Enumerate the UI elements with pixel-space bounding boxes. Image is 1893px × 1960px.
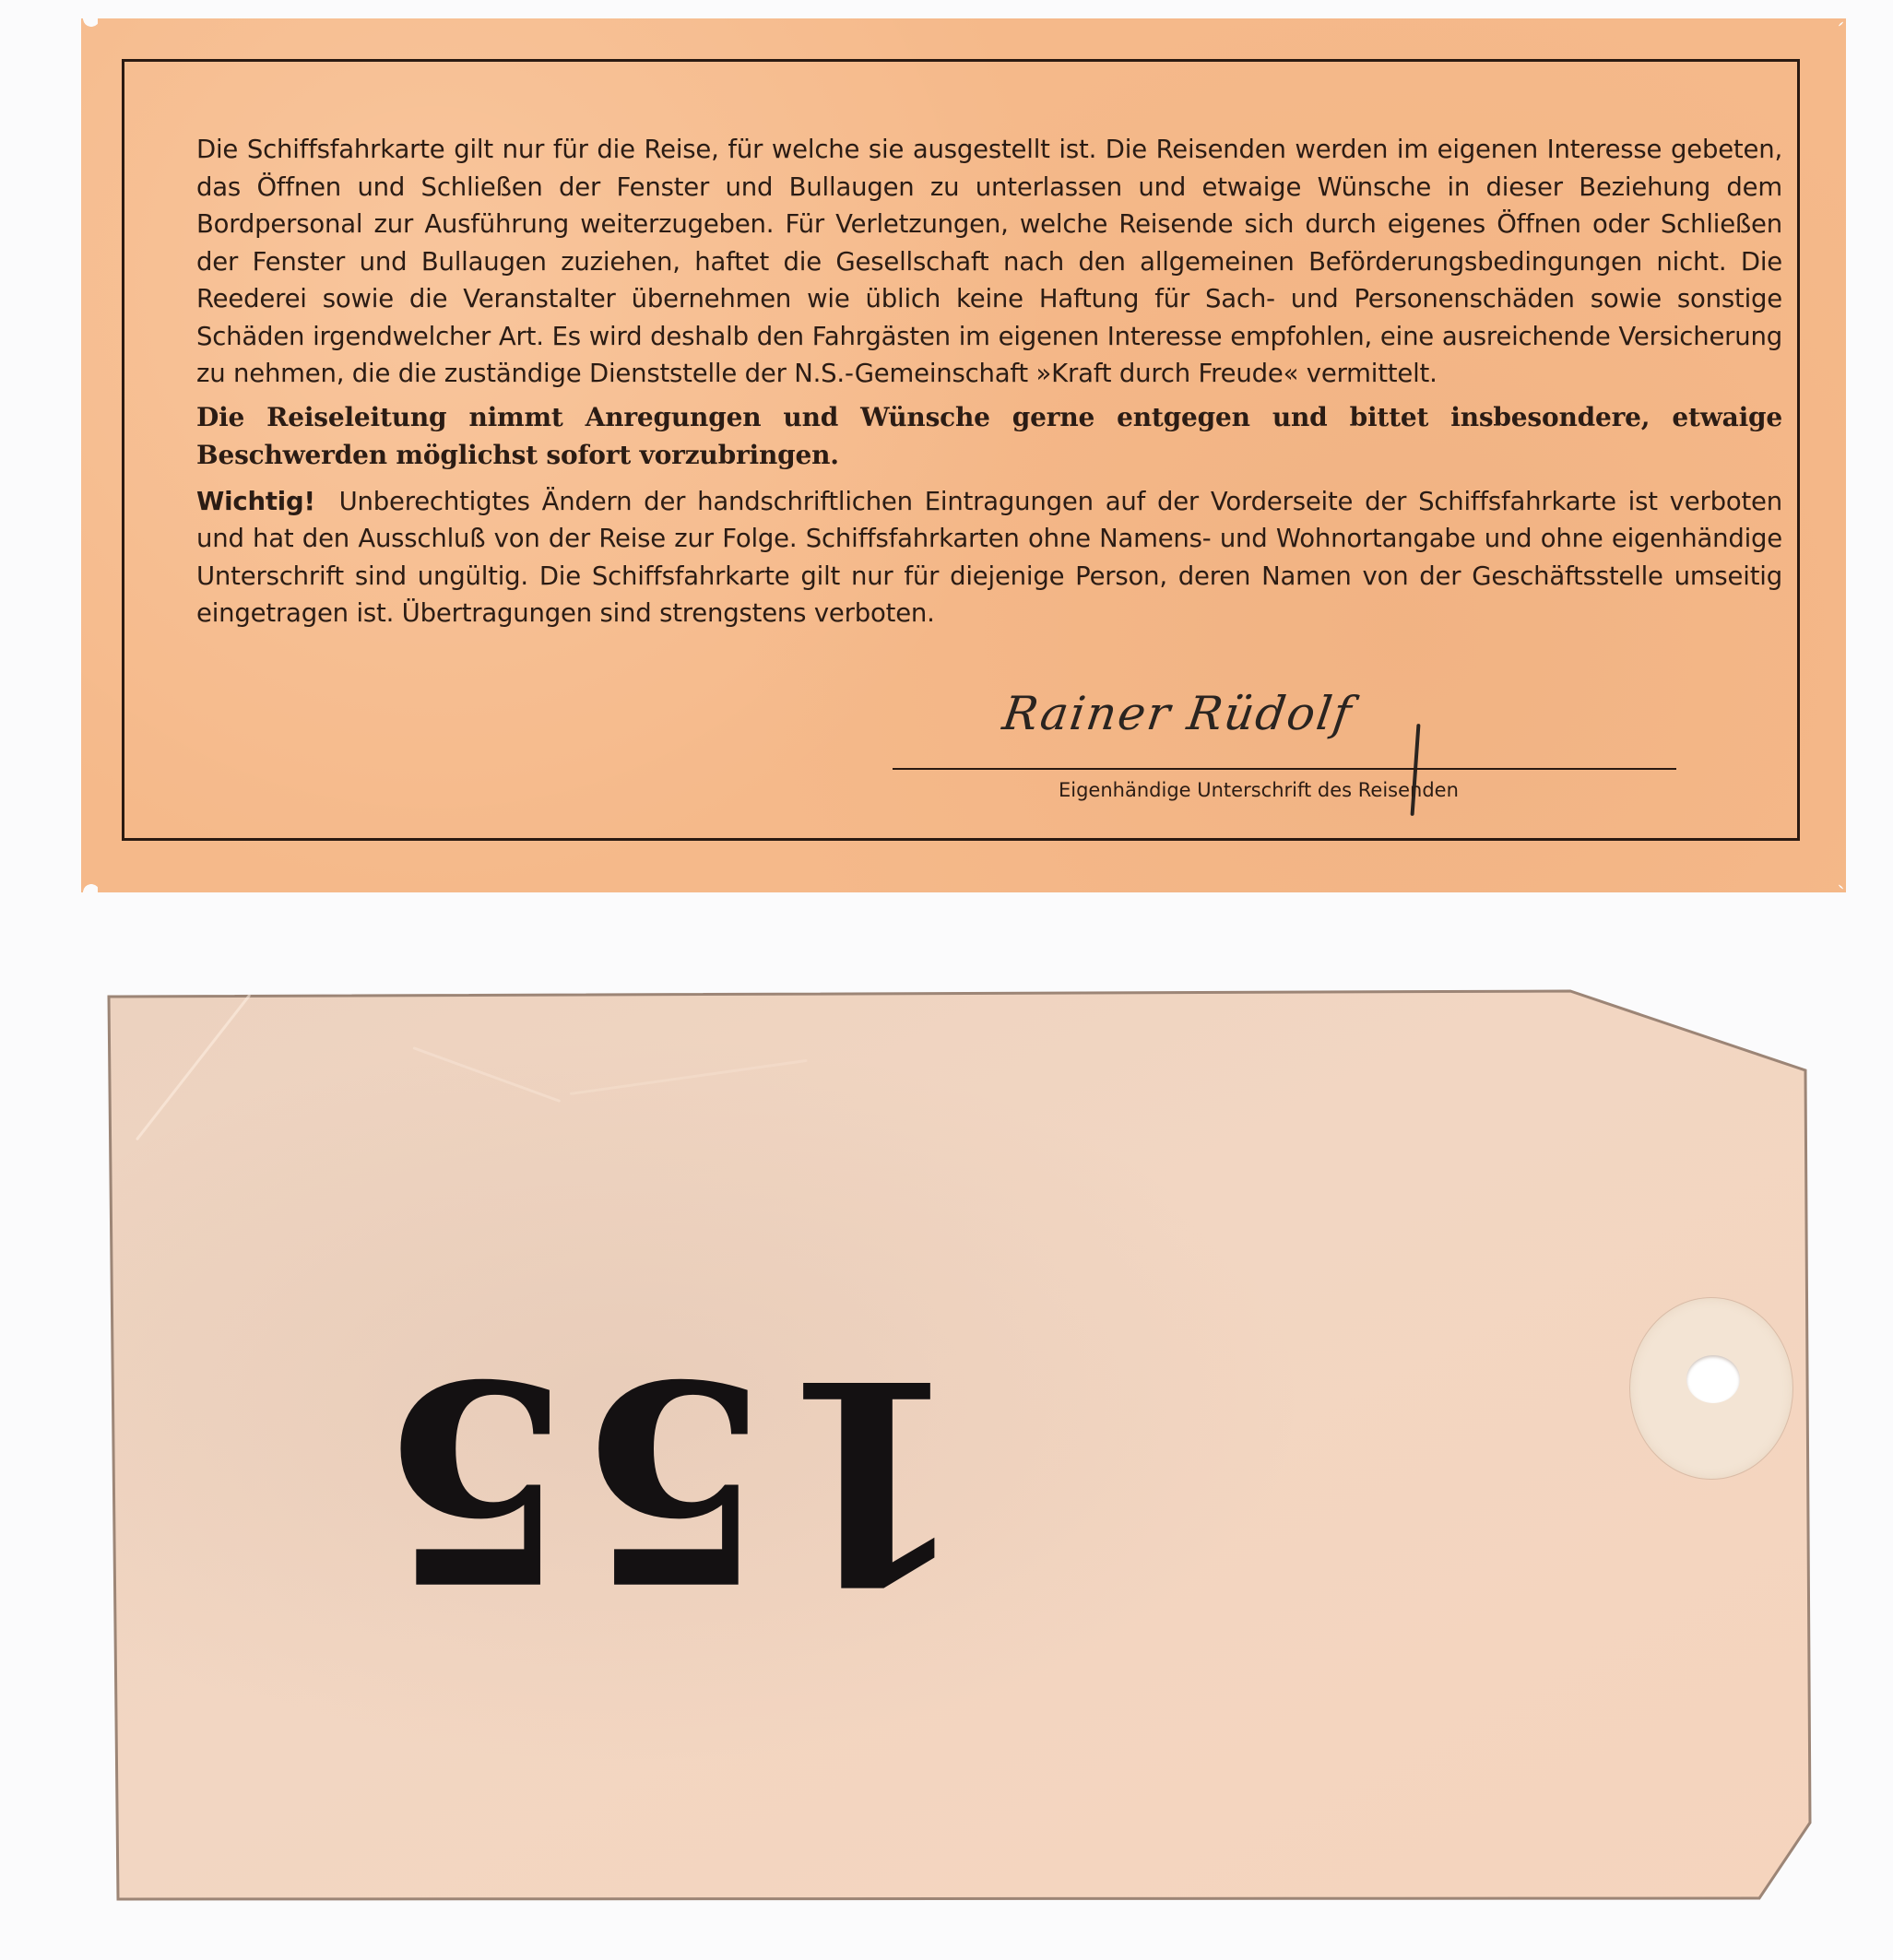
signature-block: Rainer Rüdolf Eigenhändige Unterschrift … (893, 696, 1676, 807)
handwritten-signature: Rainer Rüdolf (1000, 687, 1356, 740)
ticket-text-block: Die Schiffsfahrkarte gilt nur für die Re… (196, 131, 1782, 632)
ship-ticket-back: Die Schiffsfahrkarte gilt nur für die Re… (81, 18, 1846, 892)
tag-eyelet-reinforcement (1630, 1298, 1792, 1479)
tag-number: 155 (489, 1341, 968, 1618)
tag-string-hole (1686, 1355, 1740, 1403)
signature-line (893, 768, 1676, 770)
notice-bold-paragraph: Die Reiseleitung nimmt Anregungen und Wü… (196, 398, 1782, 474)
signature-flourish (1411, 724, 1421, 816)
terms-paragraph: Die Schiffsfahrkarte gilt nur für die Re… (196, 131, 1782, 393)
signature-caption: Eigenhändige Unterschrift des Reisenden (1059, 779, 1459, 801)
important-label: Wichtig! (196, 487, 315, 516)
important-paragraph: Wichtig! Unberechtigtes Ändern der hands… (196, 483, 1782, 632)
important-text: Unberechtigtes Ändern der handschriftlic… (196, 487, 1782, 629)
